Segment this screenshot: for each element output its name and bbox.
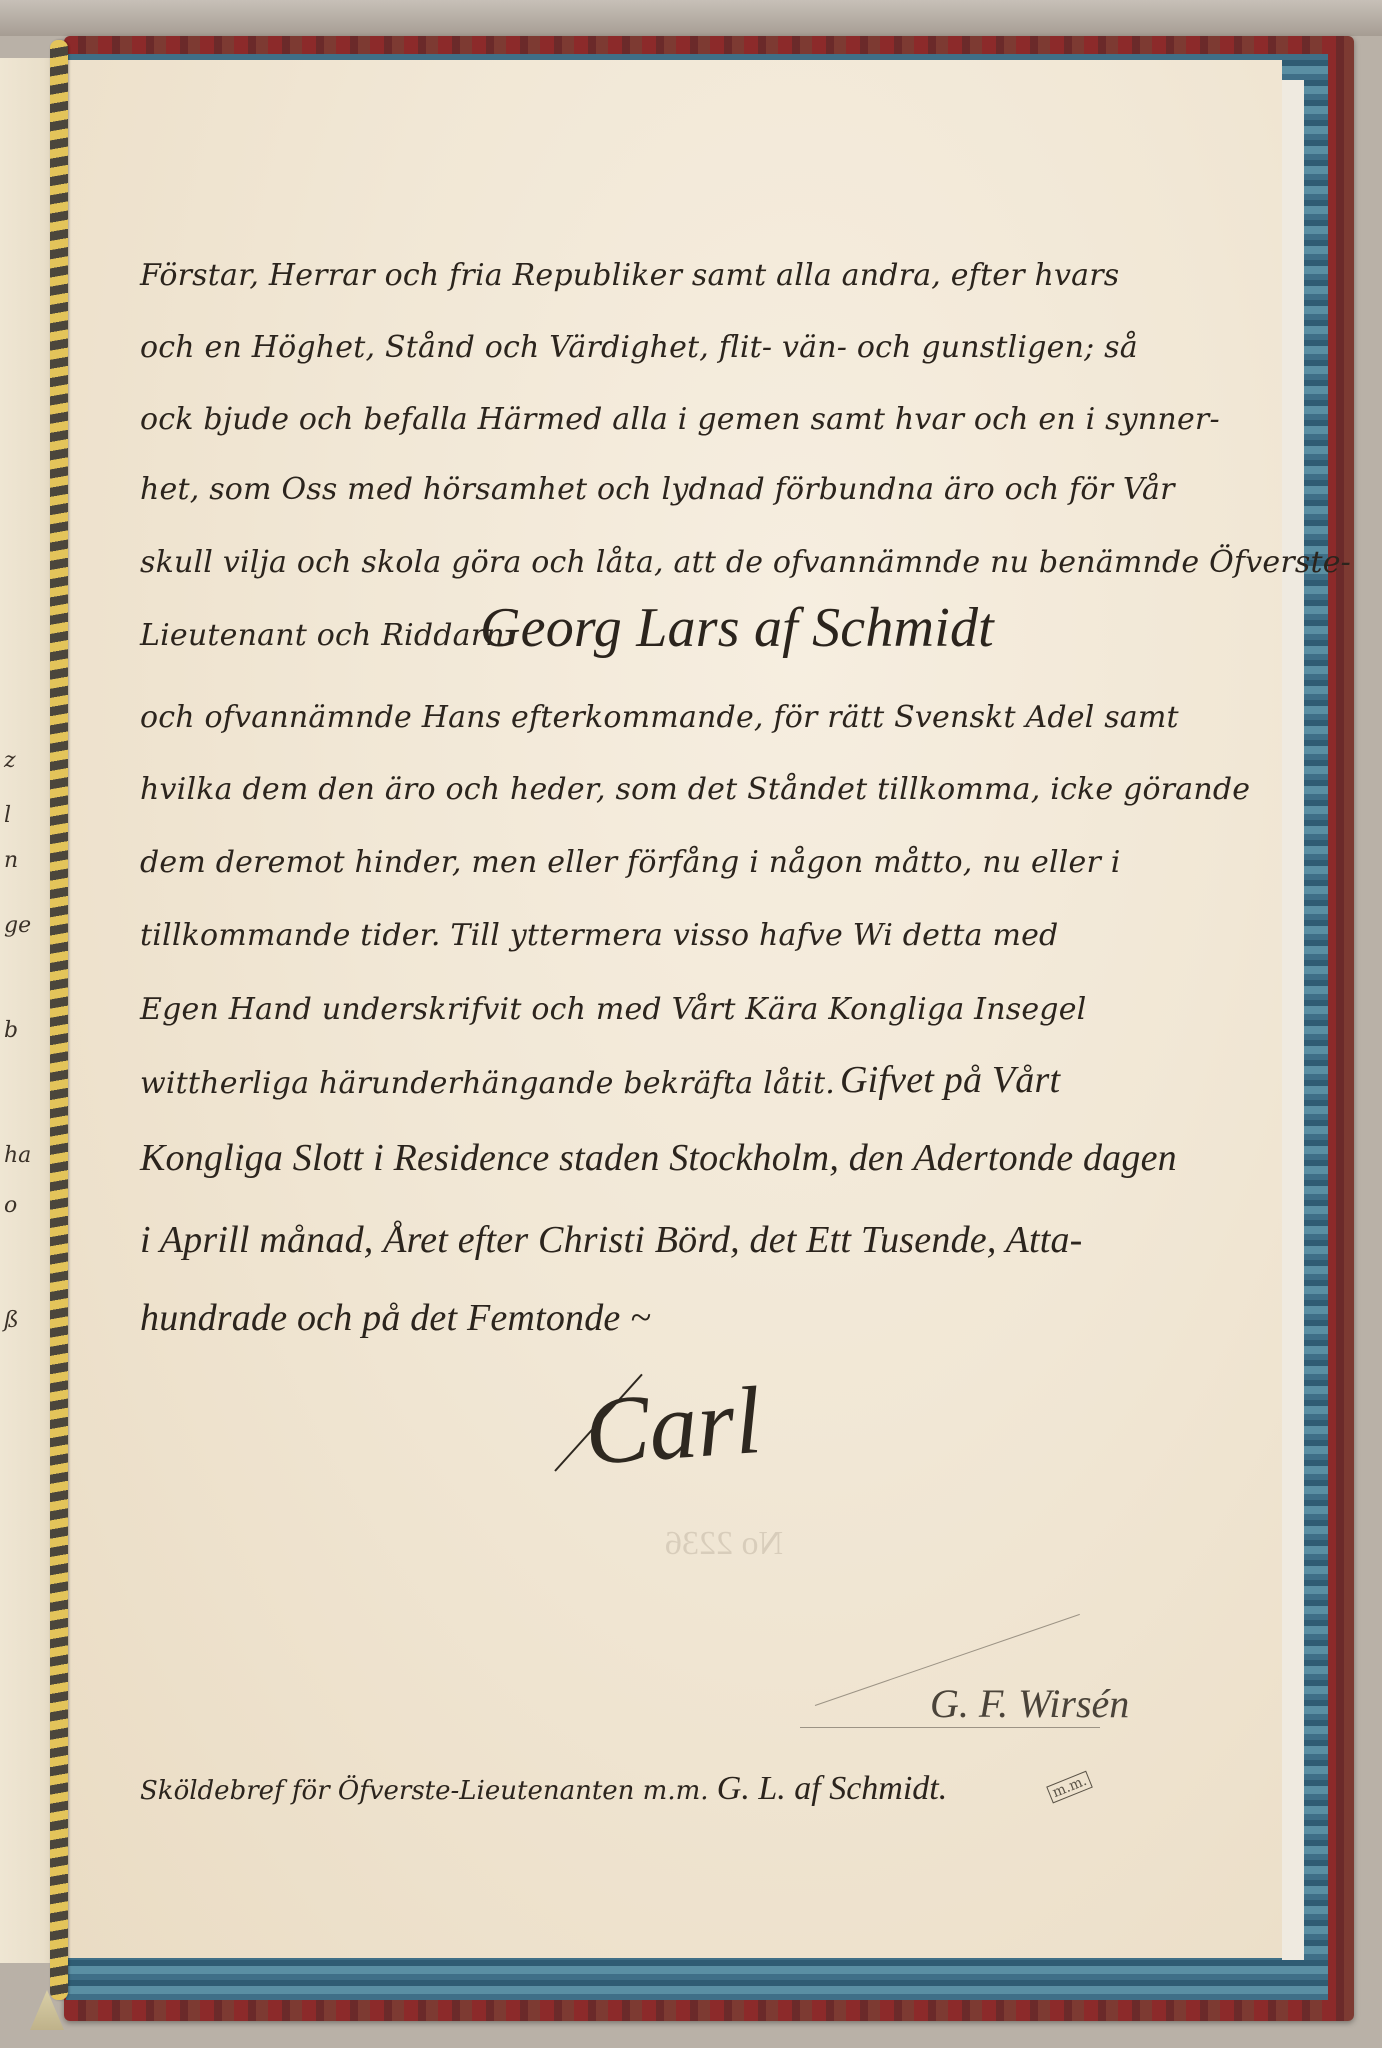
body-line: Lieutenant och Riddarn <box>140 618 505 653</box>
footer-note: Sköldebref för Öfverste-Lieutenanten m.m… <box>140 1770 947 1808</box>
dating-line: hundrade och på det Femtonde ~ <box>140 1296 651 1340</box>
body-line: Egen Hand underskrifvit och med Vårt Kär… <box>140 992 1086 1027</box>
countersignature-line <box>800 1727 1100 1728</box>
left-page-fragment: o <box>4 1193 17 1218</box>
left-page-fragment: ha <box>4 1143 31 1168</box>
royal-signature: Carl <box>581 1364 764 1487</box>
dating-line: i Aprill månad, Året efter Christi Börd,… <box>140 1218 1083 1262</box>
left-page-fragment: ß <box>4 1308 19 1333</box>
bleed-through-number: No 2236 <box>665 1525 783 1563</box>
left-page-fragment: ge <box>4 913 31 938</box>
footer-note-name: G. L. af Schmidt. <box>717 1770 947 1807</box>
body-line: hvilka dem den äro och heder, som det St… <box>140 772 1250 807</box>
body-line: ock bjude och befalla Härmed alla i geme… <box>140 402 1220 437</box>
honoree-name: Georg Lars af Schmidt <box>480 596 994 660</box>
body-line: dem deremot hinder, men eller förfång i … <box>140 845 1121 880</box>
left-page-fragment: l <box>4 803 11 828</box>
footer-note-prefix: Sköldebref för Öfverste-Lieutenanten m.m… <box>140 1776 709 1806</box>
body-line: wittherliga härunderhängande bekräfta lå… <box>140 1066 835 1101</box>
body-line: het, som Oss med hörsamhet och lydnad fö… <box>140 472 1175 507</box>
dating-line: Gifvet på Vårt <box>840 1058 1060 1102</box>
left-page-fragment: b <box>4 1018 18 1043</box>
left-page-fragment: n <box>4 848 18 873</box>
body-line: och ofvannämnde Hans efterkommande, för … <box>140 700 1179 735</box>
body-line: och en Höghet, Stånd och Värdighet, flit… <box>140 330 1138 365</box>
countersignature: G. F. Wirsén <box>930 1680 1129 1727</box>
body-line: skull vilja och skola göra och låta, att… <box>140 545 1351 580</box>
binding-cord <box>50 40 68 2000</box>
underlying-page-edge <box>1282 80 1304 1960</box>
left-page-fragment: z <box>4 748 16 773</box>
body-line: tillkommande tider. Till yttermera visso… <box>140 918 1058 953</box>
background-shadow <box>0 0 1382 36</box>
dating-line: Kongliga Slott i Residence staden Stockh… <box>140 1136 1177 1180</box>
body-line: Förstar, Herrar och fria Republiker samt… <box>140 258 1119 293</box>
